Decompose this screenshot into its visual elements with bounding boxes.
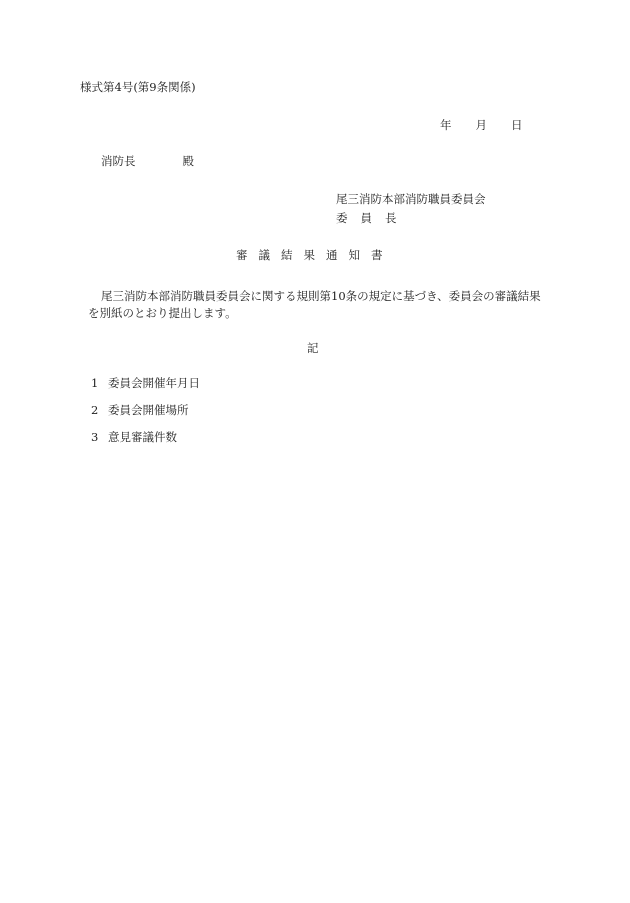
item-number: 3: [91, 432, 108, 444]
item-label: 委員会開催場所: [108, 403, 189, 417]
list-item: 2委員会開催場所: [91, 405, 189, 417]
addressee-honorific: 殿: [183, 154, 195, 168]
item-label: 意見審議件数: [108, 430, 177, 444]
sender-organization: 尾三消防本部消防職員委員会: [336, 194, 486, 206]
item-label: 委員会開催年月日: [108, 376, 200, 390]
body-paragraph: 尾三消防本部消防職員委員会に関する規則第10条の規定に基づき、委員会の審議結果 …: [88, 288, 560, 322]
addressee: 消防長殿: [101, 156, 194, 168]
addressee-title: 消防長: [101, 154, 136, 168]
list-item: 1委員会開催年月日: [91, 378, 200, 390]
body-line-1: 尾三消防本部消防職員委員会に関する規則第10条の規定に基づき、委員会の審議結果: [88, 288, 560, 305]
body-line-2: を別紙のとおり提出します。: [88, 305, 560, 322]
month-label: 月: [476, 120, 488, 132]
sender-title: 委員長: [336, 213, 410, 225]
form-number: 様式第4号(第9条関係): [80, 82, 196, 94]
date-line: 年月日: [440, 120, 523, 132]
document-title: 審議結果通知書: [236, 250, 394, 262]
day-label: 日: [511, 120, 523, 132]
item-number: 2: [91, 405, 108, 417]
item-number: 1: [91, 378, 108, 390]
ki-heading: 記: [307, 343, 319, 355]
year-label: 年: [440, 120, 452, 132]
list-item: 3意見審議件数: [91, 432, 177, 444]
